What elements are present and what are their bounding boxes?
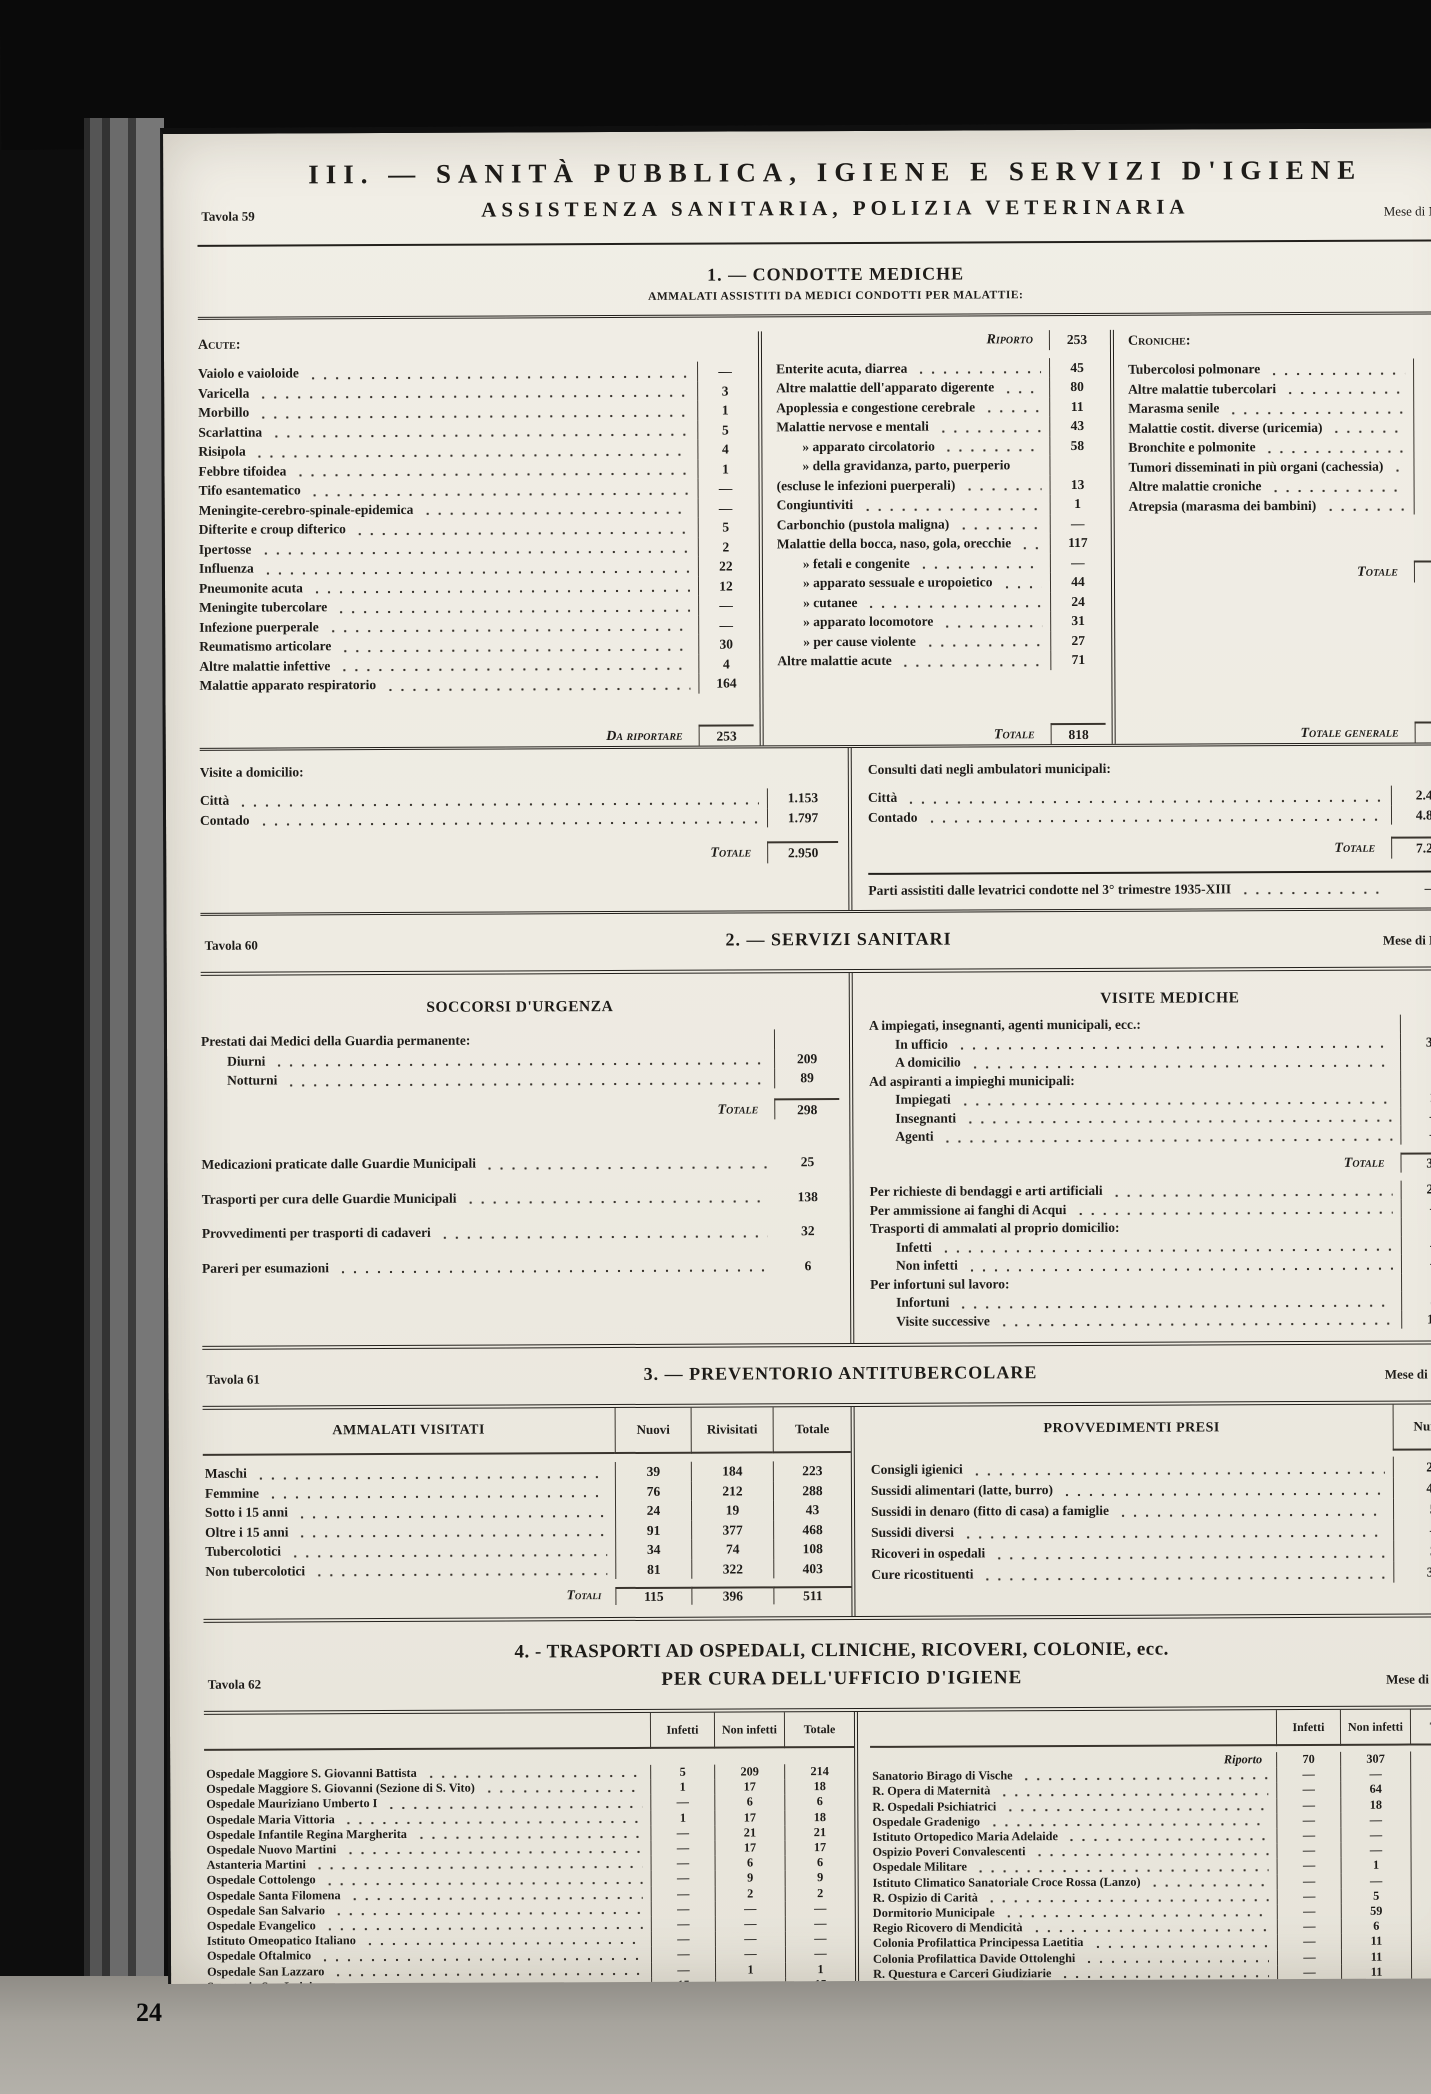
table-row: Malattie costit. diverse (uricemia) 32 (1128, 417, 1431, 438)
table-row: Ricoveri in ospedali 38 (871, 1540, 1431, 1564)
table-row: Tubercolosi polmonare 7 (1128, 358, 1431, 379)
dot-leader (332, 1970, 643, 1977)
dot-leader (289, 1551, 607, 1558)
parti-row: Parti assistiti dalle levatrici condotte… (868, 870, 1431, 900)
table-row: Contado 4.817 (868, 805, 1431, 827)
croniche-heading: Croniche: (1128, 332, 1431, 349)
visite-mediche: VISITE MEDICHE A impiegati, insegnanti, … (849, 970, 1431, 1343)
scan-bottom-strip (0, 1976, 1431, 2094)
dot-leader (941, 622, 1042, 628)
dot-leader (1264, 447, 1406, 454)
dot-leader (1003, 1911, 1269, 1918)
table-row: Sussidi diversi — (871, 1519, 1431, 1543)
table-row: Trasporti di ammalati al proprio domicil… (870, 1217, 1431, 1238)
table-row: Malattie della bocca, naso, gola, orecch… (777, 533, 1105, 554)
dot-leader (1061, 1490, 1385, 1497)
trasporti-right-table: Infetti Non infetti Totale Riporto 70 30… (854, 1709, 1431, 1984)
consulti-ambulatori: Consulti dati negli ambulatori municipal… (848, 745, 1431, 910)
table-row: Provvedimenti per trasporti di cadaveri … (202, 1221, 840, 1243)
dot-leader (988, 1820, 1268, 1827)
dot-leader (354, 528, 690, 535)
dot-leader (337, 1266, 768, 1274)
acute-column: Acute: Vaiolo e vaioloide — Varicella 3 … (198, 331, 760, 747)
dot-leader (926, 816, 1384, 824)
dot-leader (981, 1574, 1385, 1582)
dot-leader (1066, 1835, 1269, 1842)
soccorsi-extra-rows: Medicazioni praticate dalle Guardie Muni… (201, 1119, 840, 1278)
table-row: Infortuni 30 (870, 1291, 1431, 1312)
table-row: Visite successive 106 (870, 1310, 1431, 1331)
table-row: Marasma senile 7 (1128, 397, 1431, 418)
dot-leader (1117, 1511, 1385, 1518)
section4-subtitle: PER CURA DELL'UFFICIO D'IGIENE (204, 1665, 1431, 1693)
provvedimenti-heading: PROVVEDIMENTI PRESI (871, 1405, 1393, 1453)
table-row: Non tubercolotici 81 322 403 (203, 1558, 851, 1580)
column-header: Totale (784, 1712, 854, 1748)
column-header: Totale (1410, 1709, 1431, 1745)
totali-row: Totali 115 396 511 (203, 1586, 851, 1607)
trasporti-block: Infetti Non infetti Totale Ospedale Magg… (204, 1705, 1431, 1984)
table-row: Morbillo 1 (198, 400, 752, 422)
dot-leader (327, 626, 690, 634)
month-label: Mese di Novembre (1386, 1671, 1431, 1687)
dot-leader (983, 407, 1041, 413)
month-label: Mese di Novembre (1385, 1366, 1431, 1382)
table-row: Altre malattie croniche 14 (1129, 475, 1431, 496)
dot-leader (993, 1553, 1385, 1561)
dot-leader (297, 1531, 608, 1538)
dot-leader (971, 1469, 1385, 1477)
table-row: Tifo esantematico — (199, 478, 753, 500)
column-header: Infetti (650, 1713, 714, 1749)
dot-leader (255, 1473, 607, 1481)
dot-leader (998, 1320, 1393, 1328)
totale-row: Totale 7.249 (868, 836, 1431, 860)
dot-leader (439, 1232, 768, 1239)
table-row: » fetali e congenite — (777, 552, 1105, 573)
dot-leader (1111, 1190, 1393, 1197)
dot-leader (338, 665, 690, 673)
dot-leader (285, 1079, 766, 1087)
table-row: Ipertosse 2 (199, 537, 753, 559)
dot-leader (940, 1246, 1393, 1254)
section3-header: Tavola 61 3. — PREVENTORIO ANTITUBERCOLA… (202, 1360, 1431, 1396)
dot-leader (1331, 428, 1406, 434)
tavola-label: Tavola 60 (205, 938, 258, 954)
page-content: III. — SANITÀ PUBBLICA, IGIENE E SERVIZI… (163, 128, 1431, 1984)
table-row: Malattie apparato respiratorio 164 (199, 673, 753, 695)
dot-leader (364, 1939, 643, 1946)
dot-leader (861, 505, 1041, 512)
table-row: » apparato circolatorio 58 (776, 435, 1104, 456)
visite-mediche-rows: A impiegati, insegnanti, agenti municipa… (869, 1014, 1431, 1146)
dot-leader (1021, 1775, 1269, 1782)
table-row: » della gravidanza, parto, puerperio (776, 455, 1104, 476)
consulti-heading: Consulti dati negli ambulatori municipal… (868, 759, 1431, 778)
table-row: Risipola 4 (198, 439, 752, 461)
table-row: Medicazioni praticate dalle Guardie Muni… (201, 1152, 839, 1174)
dot-leader (257, 392, 689, 400)
dot-leader (335, 606, 690, 614)
table-row: A impiegati, insegnanti, agenti municipa… (869, 1014, 1431, 1035)
dot-leader (257, 411, 689, 419)
dot-leader (425, 1772, 642, 1779)
tavola-label: Tavola 61 (206, 1372, 259, 1388)
dot-leader (865, 602, 1042, 609)
dot-leader (309, 489, 690, 497)
table-row: (escluse le infezioni puerperali) 13 (777, 474, 1105, 495)
dot-leader (998, 1790, 1268, 1797)
table-row: Tumori disseminati in più organi (caches… (1128, 456, 1431, 477)
section1-subtitle: AMMALATI ASSISTITI DA MEDICI CONDOTTI PE… (198, 287, 1431, 305)
table-row: Per ammissione ai fanghi di Acqui — (870, 1199, 1431, 1220)
acute-rows: Vaiolo e vaioloide — Varicella 3 Morbill… (198, 361, 753, 695)
dot-leader (957, 524, 1041, 530)
provvedimenti-rows: Consigli igienici 280 Sussidi alimentari… (871, 1450, 1431, 1585)
section3-title: 3. — PREVENTORIO ANTITUBERCOLARE (202, 1360, 1431, 1387)
dot-leader (270, 431, 689, 439)
table-row: A domicilio 2 (869, 1051, 1431, 1072)
book-spine (84, 118, 164, 1986)
table-row: Pneumonite acuta 12 (199, 576, 753, 598)
visite-domicilio: Visite a domicilio: Città 1.153 Contado … (200, 748, 849, 913)
table-row: Congiuntiviti 1 (777, 494, 1105, 515)
dot-leader (1083, 1957, 1269, 1964)
table-row: Bronchite e polmonite 18 (1128, 436, 1431, 457)
dot-leader (1019, 544, 1042, 550)
section4-header: Tavola 62 PER CURA DELL'UFFICIO D'IGIENE… (204, 1665, 1431, 1701)
dot-leader (349, 1894, 643, 1901)
dot-leader (273, 1059, 766, 1067)
table-row: Difterite e croup difterico 5 (199, 517, 753, 539)
dot-leader (343, 1818, 643, 1825)
table-row: Agenti — (869, 1125, 1431, 1146)
table-row: Reumatismo articolare 30 (199, 634, 753, 656)
visite-consulti-block: Visite a domicilio: Città 1.153 Contado … (200, 742, 1431, 916)
table-row: Altre malattie infettive 4 (199, 654, 753, 676)
trasporti-left-header: Infetti Non infetti Totale (204, 1712, 854, 1751)
dot-leader (957, 1301, 1393, 1309)
ammalati-visitati-table: AMMALATI VISITATI Nuovi Rivisitati Total… (203, 1407, 852, 1619)
table-row: In ufficio 324 (869, 1033, 1431, 1054)
column-header: Rivisitati (691, 1407, 773, 1453)
tavola-label: Tavola 59 (201, 209, 254, 225)
table-row: Notturni 89 (201, 1068, 839, 1090)
header-rule (198, 239, 1431, 247)
dot-leader (294, 470, 689, 478)
dot-leader (975, 1866, 1269, 1873)
table-row: Trasporti per cura delle Guardie Municip… (202, 1187, 840, 1209)
dot-leader (962, 1532, 1385, 1540)
dot-leader (313, 1570, 607, 1577)
table-row: Enterite acuta, diarrea 45 (776, 357, 1104, 378)
dot-leader (384, 684, 690, 691)
table-row: Vaiolo e vaioloide — (198, 361, 752, 383)
dot-leader (1034, 1851, 1269, 1858)
page-subtitle-row: Tavola 59 ASSISTENZA SANITARIA, POLIZIA … (197, 193, 1431, 233)
dot-leader (319, 1955, 643, 1962)
condotte-mediche-table: Acute: Vaiolo e vaioloide — Varicella 3 … (198, 311, 1431, 748)
dot-leader (258, 818, 760, 826)
soccorsi-urgenza: SOCCORSI D'URGENZA Prestati dai Medici d… (201, 973, 851, 1346)
totale-generale-row: Totale generale 908 (1130, 721, 1431, 744)
table-row: Atrepsia (marasma dei bambini) 3 (1129, 495, 1431, 516)
acute-heading: Acute: (198, 335, 752, 353)
table-row: Meningite tubercolare — (199, 595, 753, 617)
trasporti-right-header: Infetti Non infetti Totale (870, 1709, 1431, 1748)
scanned-page: III. — SANITÀ PUBBLICA, IGIENE E SERVIZI… (160, 122, 1431, 1984)
ammalati-heading: AMMALATI VISITATI (203, 1408, 615, 1456)
dot-leader (1227, 408, 1405, 415)
dot-leader (964, 1117, 1392, 1125)
table-row: Malattie nervose e mentali 43 (776, 416, 1104, 437)
dot-leader (1000, 583, 1042, 589)
dot-leader (324, 1924, 643, 1931)
croniche-column: Croniche: Tubercolosi polmonare 7 Altre … (1110, 328, 1431, 744)
table-row: Infetti — (870, 1236, 1431, 1257)
month-label: Mese di Novembre (1383, 932, 1431, 948)
servizi-sanitari-block: SOCCORSI D'URGENZA Prestati dai Medici d… (201, 966, 1431, 1350)
table-row: Meningite-cerebro-spinale-epidemica — (199, 498, 753, 520)
dot-leader (937, 427, 1041, 433)
dot-leader (918, 563, 1042, 570)
trasporti-right-rows: Sanatorio Birago di Vische — — — R. Oper… (870, 1766, 1431, 1984)
dot-leader (943, 446, 1042, 452)
dot-leader (1031, 1927, 1269, 1934)
dot-leader (1284, 389, 1405, 396)
table-row: Altre malattie acute 71 (777, 650, 1105, 671)
totale-row: Totale 298 (201, 1098, 839, 1122)
table-row: Pareri per esumazioni 6 (202, 1256, 840, 1278)
preventorio-block: AMMALATI VISITATI Nuovi Rivisitati Total… (203, 1400, 1431, 1623)
provvedimenti-presi: PROVVEDIMENTI PRESI Numero Consigli igie… (851, 1404, 1431, 1616)
totale-row: Totale 345 (869, 1152, 1431, 1175)
table-row: Per richieste di bendaggi e arti artific… (870, 1180, 1431, 1201)
tavola-label: Tavola 62 (208, 1677, 261, 1693)
table-row: » per cause violente 27 (777, 630, 1105, 651)
table-row: Per infortuni sul lavoro: (870, 1273, 1431, 1294)
dot-leader (314, 1863, 643, 1870)
dot-leader (1074, 1209, 1392, 1216)
dot-leader (483, 1787, 642, 1794)
table-row: Ad aspiranti a impieghi municipali: (869, 1070, 1431, 1091)
dot-leader (344, 1848, 642, 1855)
table-row: Contado 1.797 (200, 808, 838, 830)
dot-leader (1004, 1805, 1268, 1812)
section4-title: 4. - TRASPORTI AD OSPEDALI, CLINICHE, RI… (204, 1637, 1431, 1665)
trasporti-left-rows: Ospedale Maggiore S. Giovanni Battista 5… (204, 1748, 855, 1984)
dot-leader (1239, 889, 1384, 896)
section1-title: 1. — CONDOTTE MEDICHE (198, 261, 1431, 288)
dot-leader (421, 509, 689, 516)
table-row: Varicella 3 (198, 381, 752, 403)
column-header: Totale (773, 1407, 851, 1453)
dot-leader (465, 1197, 768, 1204)
dot-leader (296, 1512, 607, 1519)
table-row: Non infetti — (870, 1254, 1431, 1275)
soccorsi-rows: Prestati dai Medici della Guardia perman… (201, 1029, 839, 1090)
table-row: » cutanee 24 (777, 591, 1105, 612)
dot-leader (963, 485, 1041, 491)
dot-leader (307, 372, 689, 380)
table-row: Consigli igienici 280 (871, 1456, 1431, 1480)
dot-leader (311, 587, 690, 595)
ammalati-rows: Maschi 39 184 223 Femmine 76 212 288 Sot… (203, 1453, 852, 1581)
totale-row: Totale 2.950 (200, 841, 838, 865)
dot-leader (262, 567, 690, 575)
table-row: Carbonchio (pustola maligna) — (777, 513, 1105, 534)
table-row: Influenza 22 (199, 556, 753, 578)
dot-leader (267, 1492, 607, 1499)
table-row: Insegnanti — (869, 1107, 1431, 1128)
dot-leader (915, 368, 1041, 375)
trasporti-left-table: Infetti Non infetti Totale Ospedale Magg… (204, 1712, 856, 1984)
provvedimenti-header: PROVVEDIMENTI PRESI Numero (871, 1404, 1431, 1453)
riporto-column: Riporto 253 Enterite acuta, diarrea 45 A… (758, 330, 1112, 746)
visite-heading: Visite a domicilio: (200, 762, 838, 781)
croniche-rows: Tubercolosi polmonare 7 Altre malattie t… (1128, 358, 1431, 515)
page-number: 24 (136, 1998, 162, 2028)
dot-leader (969, 1061, 1392, 1069)
dot-leader (324, 1879, 643, 1886)
table-row: Scarlattina 5 (198, 420, 752, 442)
column-header: Nuovi (615, 1408, 691, 1454)
page-title: III. — SANITÀ PUBBLICA, IGIENE E SERVIZI… (197, 154, 1431, 191)
dot-leader (385, 1803, 642, 1810)
column-header: Non infetti (714, 1712, 784, 1748)
dot-leader (415, 1833, 643, 1840)
dot-leader (254, 450, 690, 458)
dot-leader (259, 548, 690, 556)
table-row: Impiegati 19 (869, 1088, 1431, 1109)
dot-leader (237, 799, 759, 807)
dot-leader (986, 1896, 1269, 1903)
dot-leader (966, 1264, 1393, 1272)
dot-leader (1268, 369, 1405, 376)
dot-leader (900, 661, 1043, 668)
dot-leader (484, 1163, 768, 1170)
dot-leader (339, 645, 690, 653)
dot-leader (1270, 486, 1406, 493)
middle-rows: Enterite acuta, diarrea 45 Altre malatti… (776, 357, 1105, 670)
table-row: Altre malattie dell'apparato digerente 8… (776, 377, 1104, 398)
dot-leader (1059, 1972, 1269, 1979)
soccorsi-heading: SOCCORSI D'URGENZA (201, 997, 839, 1018)
dot-leader (1324, 506, 1405, 512)
table-row: Infezione puerperale — (199, 615, 753, 637)
dot-leader (956, 1043, 1392, 1051)
visite-rows: Città 1.153 Contado 1.797 (200, 788, 838, 830)
section2-header: Tavola 60 2. — SERVIZI SANITARI Mese di … (201, 926, 1431, 962)
table-row: Febbre tifoidea 1 (198, 459, 752, 481)
table-row: Altre malattie tubercolari — (1128, 378, 1431, 399)
column-header: Infetti (1276, 1710, 1340, 1746)
table-row: Città 2.432 (868, 785, 1431, 807)
table-row: Sussidi alimentari (latte, burro) 432 (871, 1477, 1431, 1501)
riporto-row: Riporto 253 (776, 330, 1104, 351)
section2-title: 2. — SERVIZI SANITARI (201, 926, 1431, 953)
column-header: Non infetti (1340, 1710, 1410, 1746)
dot-leader (333, 1909, 643, 1916)
dot-leader (942, 1135, 1393, 1143)
dot-leader (924, 641, 1042, 648)
table-row: » apparato sessuale e uropoietico 44 (777, 572, 1105, 593)
dot-leader (905, 796, 1383, 804)
table-row: Apoplessia e congestione cerebrale 11 (776, 396, 1104, 417)
table-row: Cure ricostituenti 315 (871, 1561, 1431, 1585)
totale-row: Totale 90 (1129, 560, 1431, 583)
dot-leader (1091, 1942, 1269, 1949)
dot-leader (1391, 467, 1405, 473)
visite-mediche-rows2: Per richieste di bendaggi e arti artific… (870, 1180, 1431, 1331)
dot-leader (959, 1098, 1393, 1106)
totale-row: Totale 818 (778, 722, 1106, 745)
page-subtitle: ASSISTENZA SANITARIA, POLIZIA VETERINARI… (197, 193, 1431, 224)
ammalati-header: AMMALATI VISITATI Nuovi Rivisitati Total… (203, 1407, 851, 1456)
consulti-rows: Città 2.432 Contado 4.817 (868, 785, 1431, 827)
month-label: Mese di Novembre (1384, 203, 1431, 219)
table-row: Sussidi in denaro (fitto di casa) a fami… (871, 1498, 1431, 1522)
dot-leader (1002, 388, 1041, 394)
visite-mediche-heading: VISITE MEDICHE (869, 988, 1431, 1009)
dot-leader (1149, 1881, 1269, 1888)
da-riportare-row: Da riportare 253 (200, 724, 754, 748)
numero-column-header: Numero (1393, 1404, 1431, 1450)
table-row: » apparato locomotore 31 (777, 611, 1105, 632)
